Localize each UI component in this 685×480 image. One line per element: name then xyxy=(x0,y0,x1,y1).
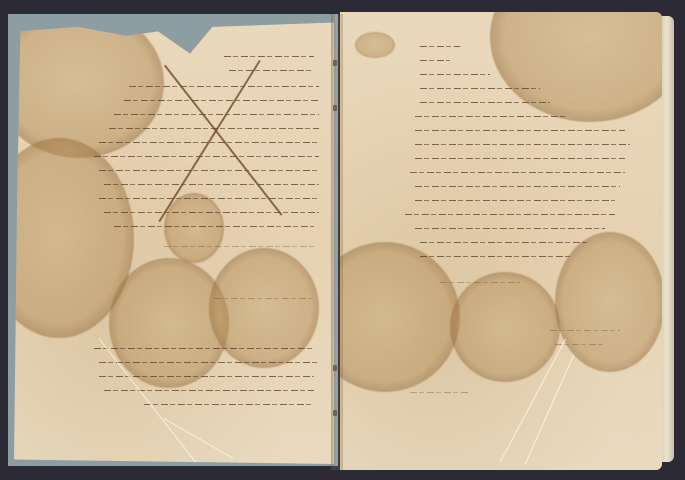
water-stain xyxy=(14,18,164,158)
binding-stitch xyxy=(333,365,337,371)
water-stain xyxy=(209,248,319,368)
binding-stitch xyxy=(333,410,337,416)
water-stain xyxy=(555,232,662,372)
right-page xyxy=(340,12,662,470)
book-gutter xyxy=(331,14,343,470)
water-stain xyxy=(450,272,560,382)
page-stack-edge xyxy=(660,16,674,462)
left-page xyxy=(14,18,334,464)
water-stain xyxy=(164,193,224,263)
water-stain xyxy=(355,32,395,58)
cross-out-stroke xyxy=(164,65,282,216)
binding-stitch xyxy=(333,105,337,111)
water-stain xyxy=(490,12,662,122)
paper-crease xyxy=(164,418,234,459)
manuscript-photo: Two facing pages of aged paper with heav… xyxy=(0,0,685,480)
binding-stitch xyxy=(333,60,337,66)
water-stain xyxy=(340,242,460,392)
